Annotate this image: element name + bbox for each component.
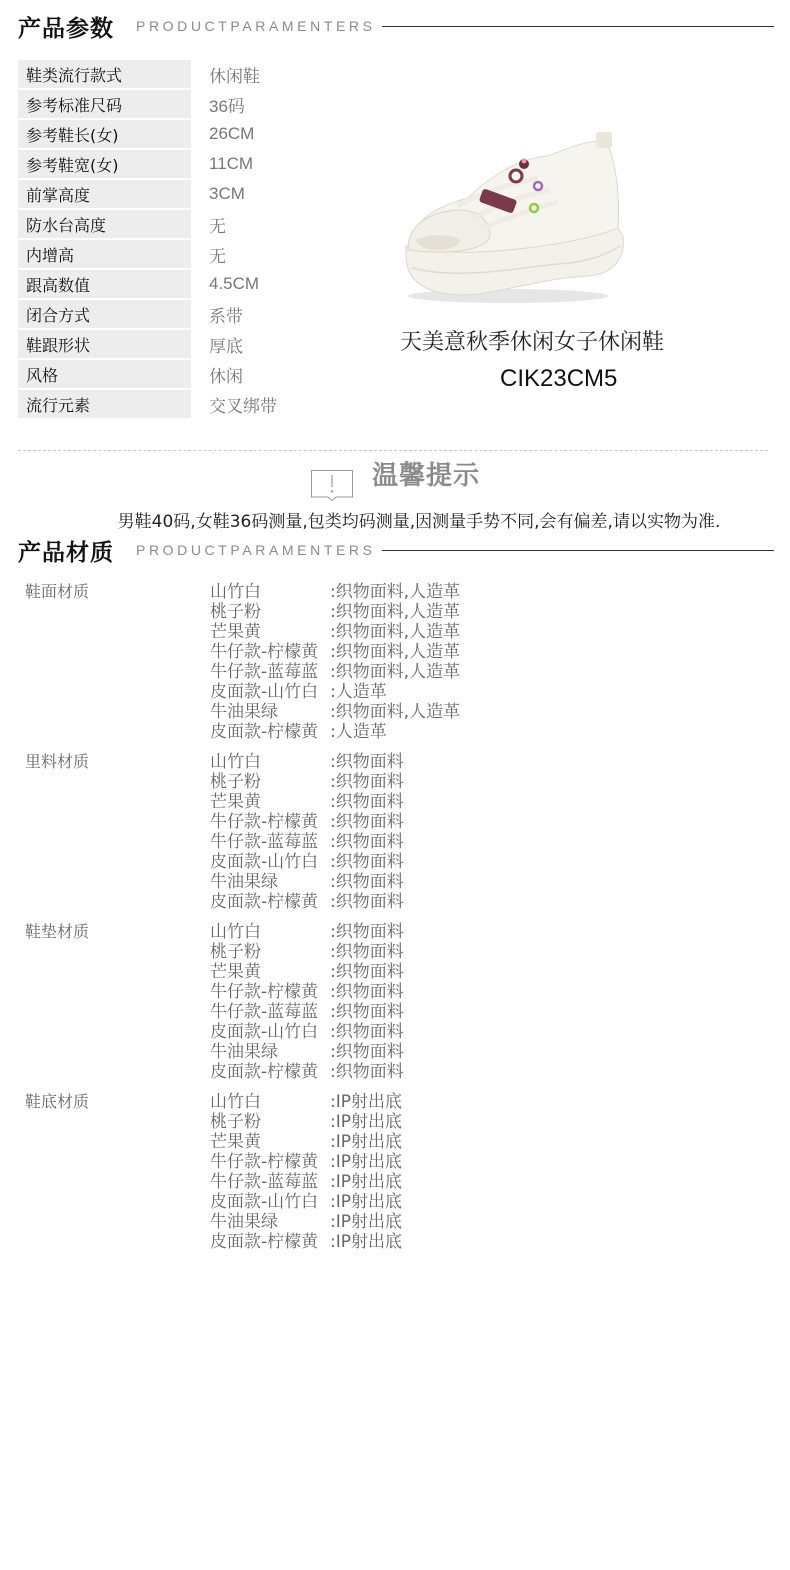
material-color: 牛仔款-蓝莓蓝 (210, 832, 330, 852)
material-value: 织物面料 (336, 792, 404, 812)
material-lines: 山竹白:织物面料 桃子粉:织物面料 芒果黄:织物面料 牛仔款-柠檬黄:织物面料 … (210, 752, 404, 912)
tip-text: 男鞋40码,女鞋36码测量,包类均码测量,因测量手势不同,会有偏差,请以实物为准… (0, 507, 790, 532)
param-value: 3CM (191, 184, 245, 204)
material-line: 皮面款-山竹白:织物面料 (210, 1022, 404, 1042)
param-label: 内增高 (18, 240, 191, 268)
param-row: 防水台高度无 (18, 209, 318, 239)
material-color: 牛仔款-柠檬黄 (210, 982, 330, 1002)
material-color: 桃子粉 (210, 1112, 330, 1132)
material-value: 织物面料 (336, 962, 404, 982)
param-value: 4.5CM (191, 274, 259, 294)
material-color: 皮面款-柠檬黄 (210, 1062, 330, 1082)
material-line: 牛仔款-蓝莓蓝:织物面料,人造革 (210, 662, 460, 682)
material-color: 芒果黄 (210, 962, 330, 982)
material-line: 芒果黄:IP射出底 (210, 1132, 402, 1152)
param-row: 参考鞋长(女)26CM (18, 119, 318, 149)
material-color: 皮面款-山竹白 (210, 1022, 330, 1042)
material-value: 织物面料,人造革 (336, 602, 460, 622)
tip-box: 温馨提示 (310, 455, 510, 510)
param-row: 鞋类流行款式休闲鞋 (18, 59, 318, 89)
param-row: 跟高数值4.5CM (18, 269, 318, 299)
material-color: 牛仔款-蓝莓蓝 (210, 662, 330, 682)
material-value: IP射出底 (336, 1132, 402, 1152)
param-value: 26CM (191, 124, 254, 144)
material-color: 芒果黄 (210, 792, 330, 812)
param-value: 系带 (191, 302, 243, 327)
product-code: CIK23CM5 (500, 365, 617, 393)
material-color: 牛仔款-柠檬黄 (210, 1152, 330, 1172)
param-value: 无 (191, 242, 226, 267)
material-color: 牛仔款-蓝莓蓝 (210, 1172, 330, 1192)
material-group-label: 鞋底材质 (25, 1092, 210, 1252)
material-color: 桃子粉 (210, 602, 330, 622)
material-line: 桃子粉:织物面料 (210, 942, 404, 962)
material-line: 皮面款-柠檬黄:IP射出底 (210, 1232, 402, 1252)
param-value: 36码 (191, 92, 245, 117)
param-value: 休闲 (191, 362, 243, 387)
material-color: 皮面款-山竹白 (210, 682, 330, 702)
material-color: 芒果黄 (210, 1132, 330, 1152)
param-row: 鞋跟形状厚底 (18, 329, 318, 359)
material-line: 牛仔款-柠檬黄:IP射出底 (210, 1152, 402, 1172)
material-color: 桃子粉 (210, 772, 330, 792)
material-value: 织物面料,人造革 (336, 702, 460, 722)
material-value: IP射出底 (336, 1112, 402, 1132)
material-value: IP射出底 (336, 1192, 402, 1212)
params-table: 鞋类流行款式休闲鞋 参考标准尺码36码 参考鞋长(女)26CM 参考鞋宽(女)1… (18, 59, 318, 419)
material-color: 山竹白 (210, 582, 330, 602)
material-line: 牛油果绿:织物面料 (210, 1042, 404, 1062)
material-color: 山竹白 (210, 752, 330, 772)
param-value: 11CM (191, 154, 253, 174)
material-line: 皮面款-柠檬黄:织物面料 (210, 1062, 404, 1082)
material-line: 桃子粉:织物面料,人造革 (210, 602, 460, 622)
params-section-title: 产品参数 (18, 10, 114, 43)
material-value: 织物面料 (336, 812, 404, 832)
material-group-upper: 鞋面材质 山竹白:织物面料,人造革 桃子粉:织物面料,人造革 芒果黄:织物面料,… (25, 582, 725, 742)
material-line: 牛仔款-蓝莓蓝:IP射出底 (210, 1172, 402, 1192)
material-line: 芒果黄:织物面料 (210, 962, 404, 982)
param-value: 无 (191, 212, 226, 237)
material-color: 牛油果绿 (210, 872, 330, 892)
material-color: 山竹白 (210, 1092, 330, 1112)
param-label: 闭合方式 (18, 300, 191, 328)
tip-title: 温馨提示 (372, 455, 480, 492)
material-line: 牛仔款-柠檬黄:织物面料,人造革 (210, 642, 460, 662)
materials-section-header: 产品材质 PRODUCTPARAMENTERS (18, 530, 774, 570)
material-color: 牛仔款-柠檬黄 (210, 812, 330, 832)
material-line: 山竹白:织物面料,人造革 (210, 582, 460, 602)
material-color: 皮面款-柠檬黄 (210, 1232, 330, 1252)
product-visual: 天美意秋季休闲女子休闲鞋 CIK23CM5 (390, 120, 710, 410)
param-row: 流行元素交叉绑带 (18, 389, 318, 419)
material-line: 芒果黄:织物面料,人造革 (210, 622, 460, 642)
header-rule (382, 550, 774, 551)
param-row: 闭合方式系带 (18, 299, 318, 329)
param-label: 风格 (18, 360, 191, 388)
material-line: 牛仔款-蓝莓蓝:织物面料 (210, 1002, 404, 1022)
dashed-divider (18, 450, 768, 451)
param-row: 参考鞋宽(女)11CM (18, 149, 318, 179)
material-line: 牛油果绿:织物面料,人造革 (210, 702, 460, 722)
material-value: IP射出底 (336, 1212, 402, 1232)
material-color: 牛油果绿 (210, 1042, 330, 1062)
param-label: 参考鞋长(女) (18, 120, 191, 148)
material-color: 皮面款-柠檬黄 (210, 722, 330, 742)
material-color: 皮面款-柠檬黄 (210, 892, 330, 912)
params-section-subtitle: PRODUCTPARAMENTERS (136, 18, 376, 34)
material-line: 桃子粉:织物面料 (210, 772, 404, 792)
material-lines: 山竹白:织物面料,人造革 桃子粉:织物面料,人造革 芒果黄:织物面料,人造革 牛… (210, 582, 460, 742)
material-line: 牛仔款-蓝莓蓝:织物面料 (210, 832, 404, 852)
material-value: IP射出底 (336, 1232, 402, 1252)
material-line: 山竹白:织物面料 (210, 752, 404, 772)
material-line: 牛油果绿:织物面料 (210, 872, 404, 892)
param-label: 防水台高度 (18, 210, 191, 238)
material-value: 人造革 (336, 722, 387, 742)
material-group-label: 鞋垫材质 (25, 922, 210, 1082)
material-color: 牛仔款-柠檬黄 (210, 642, 330, 662)
param-row: 前掌高度3CM (18, 179, 318, 209)
material-color: 皮面款-山竹白 (210, 1192, 330, 1212)
material-line: 皮面款-山竹白:人造革 (210, 682, 460, 702)
material-value: 织物面料 (336, 1002, 404, 1022)
materials-section-title: 产品材质 (18, 534, 114, 567)
material-value: 织物面料 (336, 982, 404, 1002)
param-label: 参考标准尺码 (18, 90, 191, 118)
material-color: 牛仔款-蓝莓蓝 (210, 1002, 330, 1022)
material-group-label: 里料材质 (25, 752, 210, 912)
header-rule (382, 26, 774, 27)
exclamation-speech-bubble-icon (310, 469, 354, 501)
material-value: 织物面料 (336, 772, 404, 792)
param-value: 交叉绑带 (191, 392, 277, 417)
material-line: 牛仔款-柠檬黄:织物面料 (210, 982, 404, 1002)
material-value: IP射出底 (336, 1152, 402, 1172)
material-line: 桃子粉:IP射出底 (210, 1112, 402, 1132)
material-value: 织物面料 (336, 1042, 404, 1062)
param-row: 风格休闲 (18, 359, 318, 389)
material-line: 芒果黄:织物面料 (210, 792, 404, 812)
param-label: 参考鞋宽(女) (18, 150, 191, 178)
param-value: 休闲鞋 (191, 62, 260, 87)
param-label: 鞋类流行款式 (18, 60, 191, 88)
material-color: 山竹白 (210, 922, 330, 942)
material-value: IP射出底 (336, 1092, 402, 1112)
material-lines: 山竹白:IP射出底 桃子粉:IP射出底 芒果黄:IP射出底 牛仔款-柠檬黄:IP… (210, 1092, 402, 1252)
param-label: 跟高数值 (18, 270, 191, 298)
materials-list: 鞋面材质 山竹白:织物面料,人造革 桃子粉:织物面料,人造革 芒果黄:织物面料,… (25, 582, 725, 1262)
material-value: 织物面料 (336, 1062, 404, 1082)
material-value: 人造革 (336, 682, 387, 702)
material-value: 织物面料,人造革 (336, 582, 460, 602)
shoe-image (398, 128, 628, 308)
material-line: 皮面款-山竹白:织物面料 (210, 852, 404, 872)
material-line: 皮面款-山竹白:IP射出底 (210, 1192, 402, 1212)
material-value: 织物面料 (336, 752, 404, 772)
material-line: 牛仔款-柠檬黄:织物面料 (210, 812, 404, 832)
material-color: 牛油果绿 (210, 1212, 330, 1232)
material-value: 织物面料,人造革 (336, 622, 460, 642)
material-group-outsole: 鞋底材质 山竹白:IP射出底 桃子粉:IP射出底 芒果黄:IP射出底 牛仔款-柠… (25, 1092, 725, 1252)
material-group-lining: 里料材质 山竹白:织物面料 桃子粉:织物面料 芒果黄:织物面料 牛仔款-柠檬黄:… (25, 752, 725, 912)
param-row: 内增高无 (18, 239, 318, 269)
material-color: 皮面款-山竹白 (210, 852, 330, 872)
material-value: 织物面料,人造革 (336, 642, 460, 662)
material-value: 织物面料 (336, 922, 404, 942)
materials-section-subtitle: PRODUCTPARAMENTERS (136, 542, 376, 558)
param-label: 流行元素 (18, 390, 191, 418)
param-row: 参考标准尺码36码 (18, 89, 318, 119)
material-value: 织物面料 (336, 892, 404, 912)
product-name: 天美意秋季休闲女子休闲鞋 (400, 325, 664, 356)
material-value: 织物面料 (336, 872, 404, 892)
material-line: 山竹白:织物面料 (210, 922, 404, 942)
material-group-insole: 鞋垫材质 山竹白:织物面料 桃子粉:织物面料 芒果黄:织物面料 牛仔款-柠檬黄:… (25, 922, 725, 1082)
param-label: 前掌高度 (18, 180, 191, 208)
material-value: 织物面料 (336, 942, 404, 962)
material-value: 织物面料 (336, 832, 404, 852)
material-line: 山竹白:IP射出底 (210, 1092, 402, 1112)
material-line: 牛油果绿:IP射出底 (210, 1212, 402, 1232)
material-group-label: 鞋面材质 (25, 582, 210, 742)
param-label: 鞋跟形状 (18, 330, 191, 358)
params-section-header: 产品参数 PRODUCTPARAMENTERS (18, 6, 774, 46)
material-line: 皮面款-柠檬黄:织物面料 (210, 892, 404, 912)
material-value: 织物面料 (336, 1022, 404, 1042)
material-color: 芒果黄 (210, 622, 330, 642)
material-value: 织物面料 (336, 852, 404, 872)
param-value: 厚底 (191, 332, 243, 357)
material-value: IP射出底 (336, 1172, 402, 1192)
material-color: 桃子粉 (210, 942, 330, 962)
material-lines: 山竹白:织物面料 桃子粉:织物面料 芒果黄:织物面料 牛仔款-柠檬黄:织物面料 … (210, 922, 404, 1082)
material-line: 皮面款-柠檬黄:人造革 (210, 722, 460, 742)
material-color: 牛油果绿 (210, 702, 330, 722)
material-value: 织物面料,人造革 (336, 662, 460, 682)
